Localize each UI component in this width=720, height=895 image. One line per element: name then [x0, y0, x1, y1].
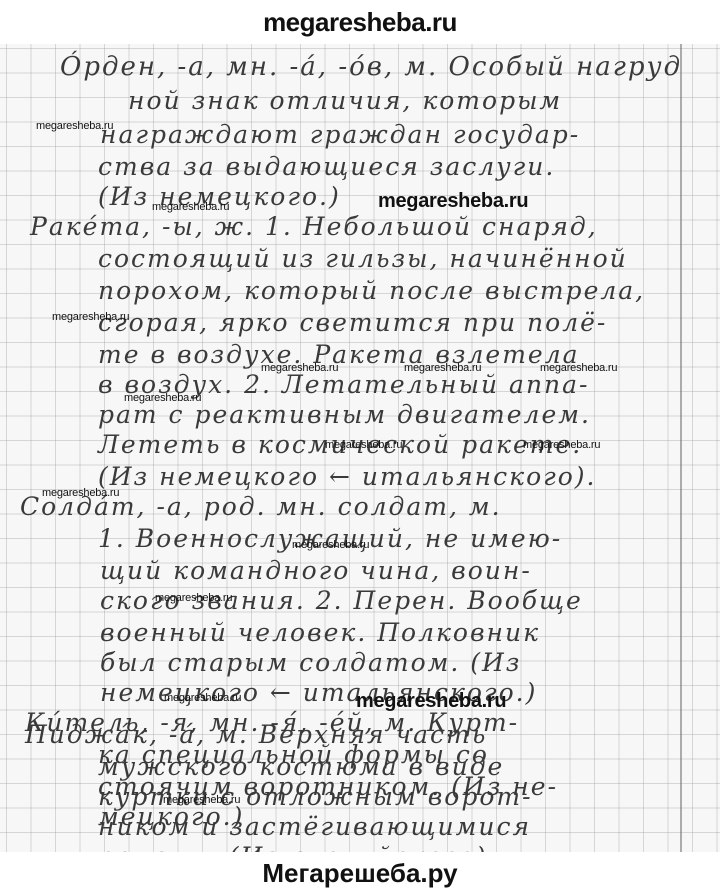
- text-line: был старым солдатом. (Из: [100, 648, 521, 677]
- text-line: состоящий из гильзы, начинённой: [98, 244, 628, 273]
- watermark: megaresheba.ru: [36, 120, 113, 132]
- watermark: megaresheba.ru: [292, 539, 369, 551]
- text-line: щий командного чина, воин-: [100, 556, 532, 585]
- watermark: megaresheba.ru: [540, 362, 617, 374]
- text-line: те в воздухе. Ракета взлетела: [98, 340, 580, 369]
- text-line: Óрден, -а, мн. -á, -óв, м. Особый нагруд: [60, 52, 682, 82]
- site-header: megaresheba.ru: [0, 0, 720, 44]
- watermark: megaresheba.ru: [523, 439, 600, 451]
- text-line: рат с реактивным двигателем.: [98, 400, 591, 429]
- text-line: ка специальной формы со: [98, 740, 489, 769]
- text-line: мецкого.): [98, 802, 244, 831]
- text-line: награждают граждан государ-: [100, 120, 580, 149]
- site-name: megaresheba.ru: [263, 7, 457, 37]
- watermark: megaresheba.ru: [356, 690, 506, 713]
- watermark: megaresheba.ru: [163, 794, 240, 806]
- watermark: megaresheba.ru: [164, 692, 241, 704]
- watermark: megaresheba.ru: [52, 311, 129, 323]
- watermark: megaresheba.ru: [124, 392, 201, 404]
- text-line: военный человек. Полковник: [100, 618, 540, 647]
- watermark: megaresheba.ru: [42, 487, 119, 499]
- text-line: ной знак отличия, которым: [128, 86, 562, 115]
- watermark: megaresheba.ru: [404, 362, 481, 374]
- text-line: сгорая, ярко светится при полё-: [98, 308, 607, 337]
- watermark: megaresheba.ru: [155, 592, 232, 604]
- site-name-footer: Мегарешеба.ру: [262, 858, 457, 888]
- text-line: (Из немецкого ← итальянского).: [98, 462, 597, 491]
- text-line: ства за выдающиеся заслуги.: [98, 152, 555, 181]
- watermark: megaresheba.ru: [152, 201, 229, 213]
- watermark: megaresheba.ru: [261, 362, 338, 374]
- watermark: megaresheba.ru: [378, 190, 528, 213]
- text-line: порохом, который после выстрела,: [98, 276, 645, 305]
- watermark: megaresheba.ru: [325, 439, 402, 451]
- site-footer: Мегарешеба.ру: [0, 852, 720, 895]
- text-line: Ракéта, -ы, ж. 1. Небольшой снаряд,: [30, 212, 598, 241]
